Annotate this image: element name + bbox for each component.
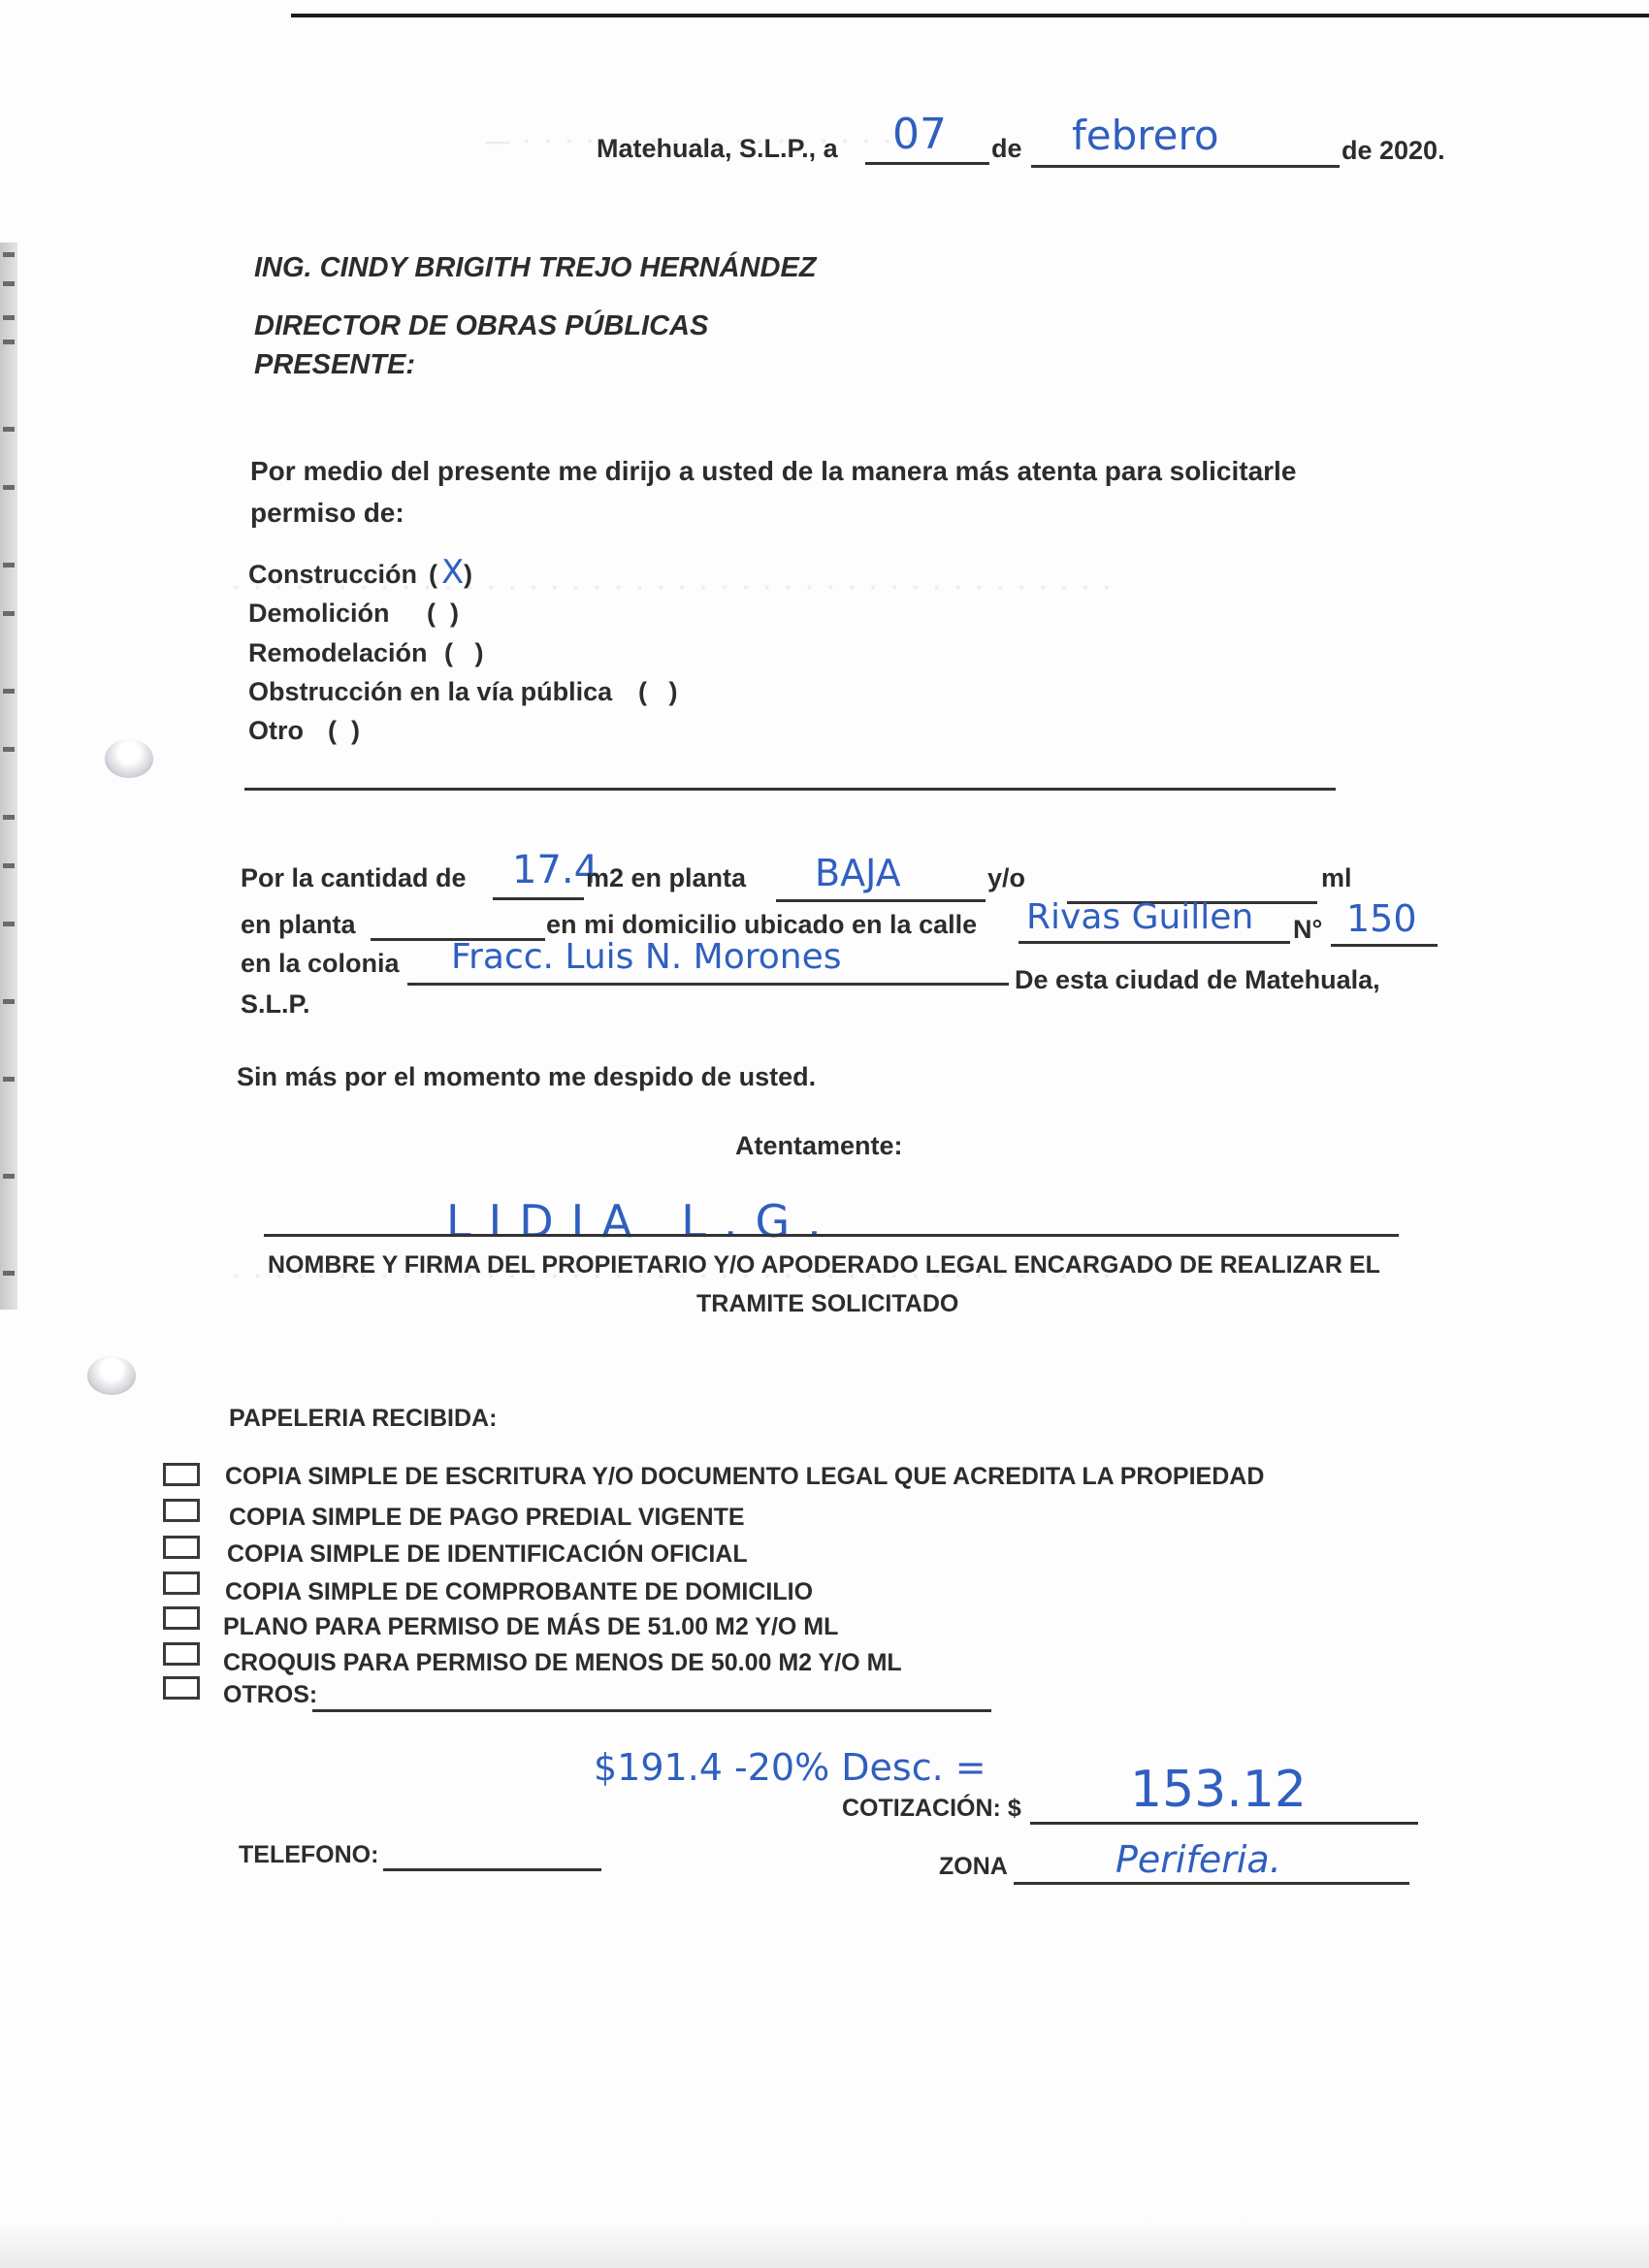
zona-label: ZONA <box>939 1853 1008 1881</box>
signature-label-2: TRAMITE SOLICITADO <box>696 1290 958 1318</box>
place-label: Matehuala, S.L.P., a <box>597 134 838 164</box>
year-label: de 2020. <box>1342 136 1445 166</box>
atentamente-label: Atentamente: <box>735 1131 903 1161</box>
checkbox[interactable] <box>163 1642 200 1666</box>
closing-text: Sin más por el momento me despido de ust… <box>237 1062 816 1092</box>
addressee-title: DIRECTOR DE OBRAS PÚBLICAS <box>254 310 708 342</box>
check-mark: X <box>441 553 464 592</box>
zona-field[interactable]: Periferia. <box>1115 1838 1281 1881</box>
cotizacion-label: COTIZACIÓN: $ <box>842 1795 1021 1823</box>
scan-bottom-shadow <box>0 2221 1649 2268</box>
cotizacion-field[interactable]: 153.12 <box>1130 1761 1307 1819</box>
de-label: de <box>991 134 1022 164</box>
telefono-field[interactable] <box>383 1868 601 1871</box>
telefono-label: TELEFONO: <box>239 1841 378 1869</box>
punch-hole <box>87 1356 136 1395</box>
calc-note: $191.4 -20% Desc. = <box>594 1746 986 1789</box>
numero-field[interactable]: 150 <box>1346 897 1417 940</box>
papeleria-title: PAPELERIA RECIBIDA: <box>229 1405 497 1433</box>
calle-field[interactable]: Rivas Guillen <box>1026 897 1253 937</box>
otros-field[interactable] <box>312 1709 991 1712</box>
scan-bleed-strip <box>0 243 17 1310</box>
scan-edge-line <box>291 14 1649 17</box>
checkbox[interactable] <box>163 1499 200 1522</box>
signature-label: NOMBRE Y FIRMA DEL PROPIETARIO Y/O APODE… <box>268 1251 1380 1280</box>
date-month-field[interactable]: febrero <box>1072 112 1219 159</box>
planta-field[interactable]: BAJA <box>815 852 901 894</box>
addressee-name: ING. CINDY BRIGITH TREJO HERNÁNDEZ <box>254 252 817 284</box>
checkbox[interactable] <box>163 1571 200 1595</box>
intro-line-2: permiso de: <box>250 498 404 529</box>
checkbox[interactable] <box>163 1536 200 1559</box>
otro-specify-line[interactable] <box>244 788 1336 791</box>
colonia-field[interactable]: Fracc. Luis N. Morones <box>451 937 842 977</box>
signature-field[interactable]: LIDIA L.G. <box>446 1195 839 1247</box>
intro-line-1: Por medio del presente me dirijo a usted… <box>250 456 1296 487</box>
checkbox[interactable] <box>163 1606 200 1630</box>
signature-line <box>264 1234 1399 1237</box>
presente-label: PRESENTE: <box>254 349 415 381</box>
date-day-field[interactable]: 07 <box>892 110 947 159</box>
checkbox[interactable] <box>163 1676 200 1700</box>
checkbox[interactable] <box>163 1463 200 1486</box>
punch-hole <box>105 739 153 778</box>
